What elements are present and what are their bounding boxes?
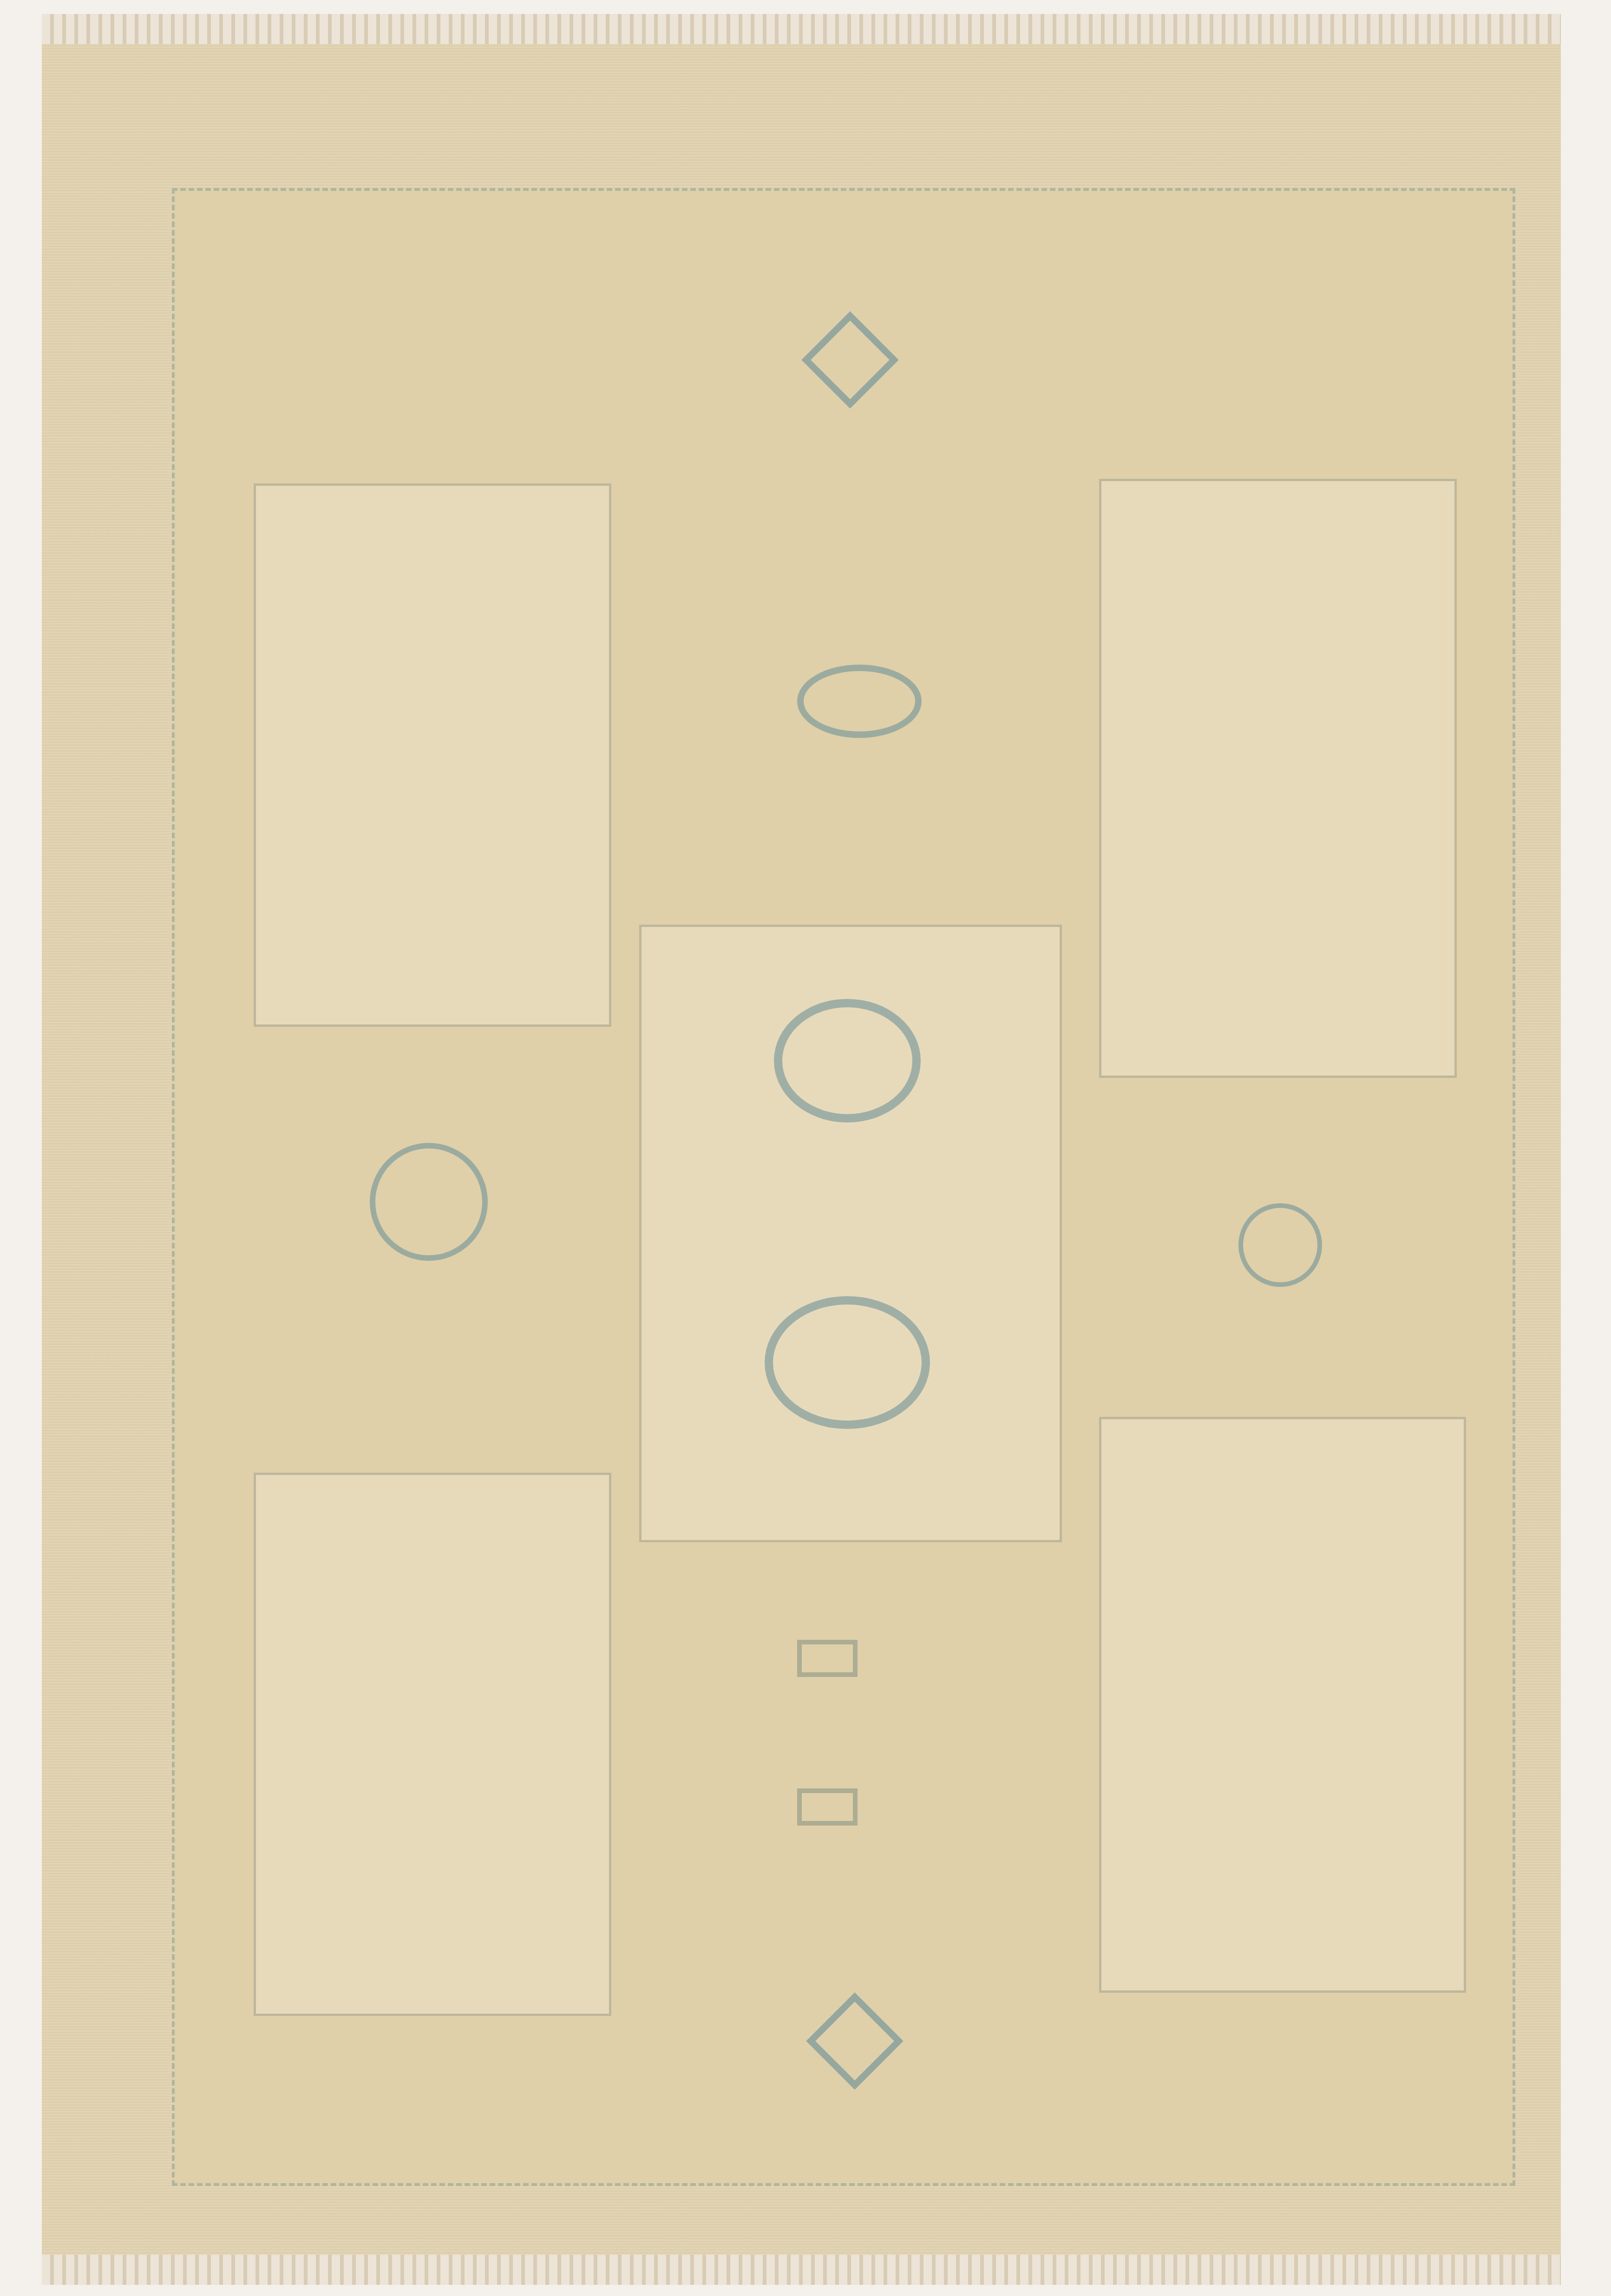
panel-top-left: [254, 483, 611, 1027]
lower-motif-a: [797, 1640, 858, 1677]
panel-bottom-right: [1099, 1417, 1466, 1993]
bottom-diamond-motif: [806, 1992, 903, 2089]
right-medallion: [1238, 1203, 1322, 1287]
upper-medallion: [797, 665, 922, 738]
panel-bottom-left: [254, 1473, 611, 2016]
top-fringe: [42, 14, 1561, 46]
rug: [42, 44, 1561, 2255]
center-medallion-lower: [765, 1296, 930, 1429]
center-medallion-upper: [774, 999, 921, 1122]
top-diamond-motif: [801, 311, 898, 408]
panel-top-right: [1099, 479, 1457, 1078]
rug-field: [172, 188, 1515, 2186]
left-medallion: [370, 1143, 488, 1261]
lower-motif-b: [797, 1788, 858, 1826]
bottom-fringe: [42, 2252, 1561, 2285]
